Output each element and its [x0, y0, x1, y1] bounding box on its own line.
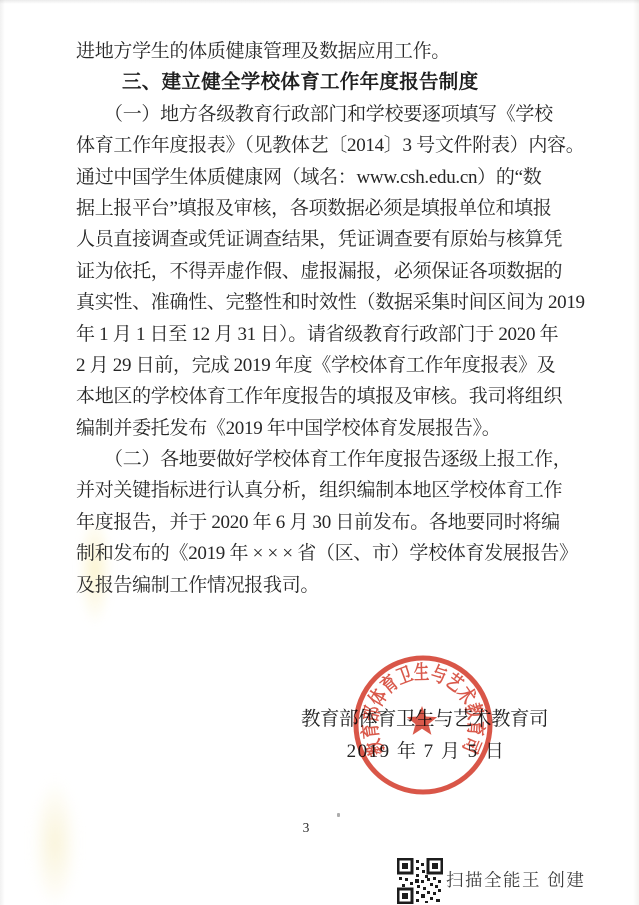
body-line: 制和发布的《2019 年 × × × 省（区、市）学校体育发展报告》 [76, 538, 546, 569]
body-line: 进地方学生的体质健康管理及数据应用工作。 [76, 36, 546, 67]
body-line: 年 1 月 1 日至 12 月 31 日）。请省级教育行政部门于 2020 年 [76, 319, 546, 350]
scan-speck [337, 813, 340, 817]
scan-edge-left [0, 0, 5, 905]
body-line: 及报告编制工作情况报我司。 [76, 570, 546, 601]
scan-edge-top [0, 0, 639, 4]
body-line: 据上报平台”填报及审核，各项数据必须是填报单位和填报 [76, 193, 546, 224]
section-heading: 三、建立健全学校体育工作年度报告制度 [76, 67, 546, 98]
body-line: 2 月 29 日前，完成 2019 年度《学校体育工作年度报表》及 [76, 350, 546, 381]
body-line: 体育工作年度报表》（见教体艺〔2014〕3 号文件附表）内容。 [76, 130, 546, 161]
body-line: 通过中国学生体质健康网（域名：www.csh.edu.cn）的“数 [76, 162, 546, 193]
document-body: 进地方学生的体质健康管理及数据应用工作。 三、建立健全学校体育工作年度报告制度 … [76, 36, 546, 601]
body-line: 并对关键指标进行认真分析，组织编制本地区学校体育工作 [76, 475, 546, 506]
body-line: （二）各地要做好学校体育工作年度报告逐级上报工作， [76, 444, 546, 475]
seal-star-icon [407, 706, 437, 735]
official-seal-icon: 教育部体育卫生与艺术教育司 [343, 645, 503, 805]
body-line: 证为依托，不得弄虚作假、虚报漏报，必须保证各项数据的 [76, 256, 546, 287]
scan-streak [32, 778, 78, 905]
body-line: 本地区的学校体育工作年度报告的填报及审核。我司将组织 [76, 381, 546, 412]
body-line: 人员直接调查或凭证调查结果，凭证调查要有原始与核算凭 [76, 224, 546, 255]
body-line: 年度报告，并于 2020 年 6 月 30 日前发布。各地要同时将编 [76, 507, 546, 538]
body-line: 真实性、准确性、完整性和时效性（数据采集时间区间为 2019 [76, 287, 546, 318]
body-line: （一）地方各级教育行政部门和学校要逐项填写《学校 [76, 99, 546, 130]
document-page: 进地方学生的体质健康管理及数据应用工作。 三、建立健全学校体育工作年度报告制度 … [0, 0, 639, 905]
page-number: 3 [294, 820, 318, 836]
scan-edge-right [633, 0, 639, 905]
body-line: 编制并委托发布《2019 年中国学校体育发展报告》。 [76, 413, 546, 444]
scanner-watermark-text: 扫描全能王 创建 [446, 867, 585, 892]
qr-code-icon [397, 858, 443, 904]
